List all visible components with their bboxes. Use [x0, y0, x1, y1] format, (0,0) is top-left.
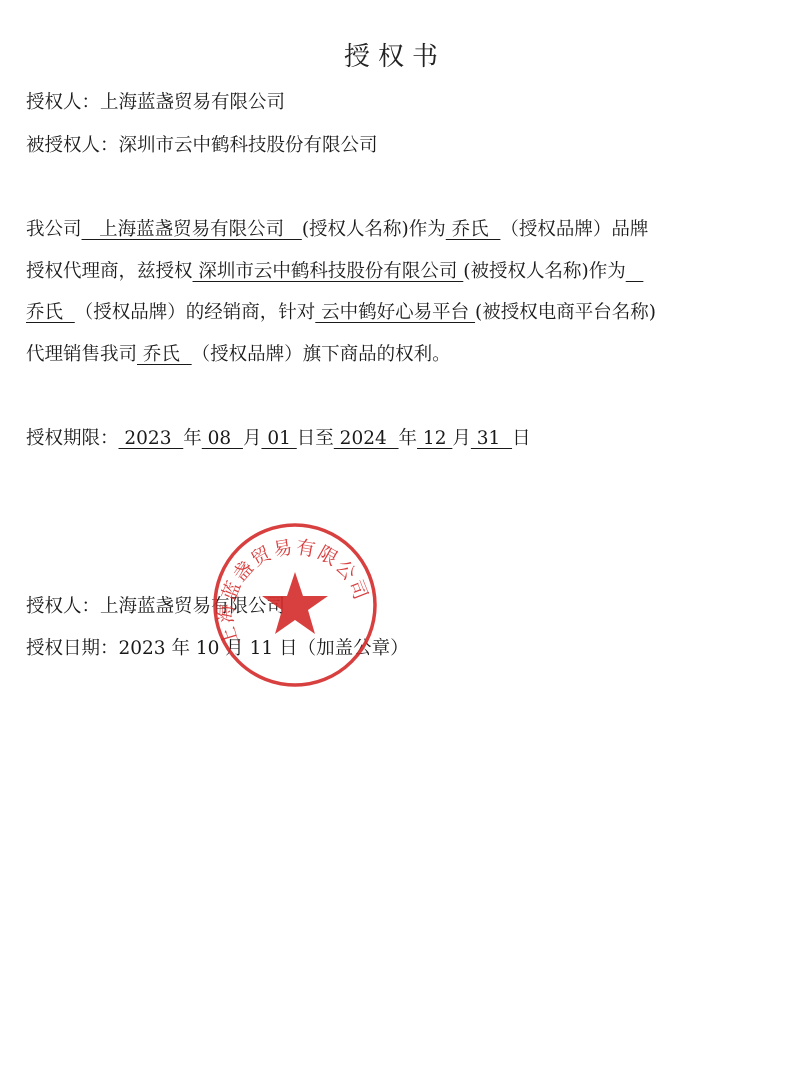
grantee-line: 被授权人：深圳市云中鹤科技股份有限公司 — [26, 134, 378, 158]
body-line-1: 我公司 上海蓝盏贸易有限公司 (授权人名称)作为 乔氏 （授权品牌）品牌 — [26, 218, 648, 242]
grantor-name: 上海蓝盏贸易有限公司 — [100, 92, 285, 113]
body-text: (授权人名称)作为 — [302, 219, 446, 240]
body-line-2: 授权代理商，兹授权 深圳市云中鹤科技股份有限公司 (被授权人名称)作为 — [26, 260, 643, 284]
signature-date: 授权日期：2023 年 10 月 11 日（加盖公章） — [26, 638, 409, 659]
unit-text: 月 — [243, 428, 262, 449]
end-year: 2024 — [334, 428, 399, 449]
end-day: 31 — [471, 428, 512, 449]
grantor-label: 授权人： — [26, 92, 100, 113]
body-text: （授权品牌）旗下商品的权利。 — [192, 344, 451, 365]
body-line-3: 乔氏 （授权品牌）的经销商，针对 云中鹤好心易平台 (被授权电商平台名称) — [26, 301, 656, 325]
grantor-line: 授权人：上海蓝盏贸易有限公司 — [26, 91, 285, 115]
period-label: 授权期限： — [26, 428, 119, 449]
body-line-4: 代理销售我司 乔氏 （授权品牌）旗下商品的权利。 — [26, 343, 451, 367]
grantee-name: 深圳市云中鹤科技股份有限公司 — [119, 135, 378, 156]
body-text: 我公司 — [26, 219, 82, 240]
brand-field: 乔氏 — [137, 344, 192, 365]
svg-text:上海蓝盏贸易有限公司: 上海蓝盏贸易有限公司 — [216, 536, 373, 648]
end-month: 12 — [417, 428, 452, 449]
body-text: （授权品牌）的经销商，针对 — [75, 302, 316, 323]
signature-label: 授权人： — [26, 596, 100, 617]
grantee-label: 被授权人： — [26, 135, 119, 156]
body-text: （授权品牌）品牌 — [500, 219, 648, 240]
period-line: 授权期限： 2023 年 08 月 01 日至 2024 年 12 月 31 日 — [26, 427, 531, 451]
grantor-field: 上海蓝盏贸易有限公司 — [82, 219, 302, 240]
start-day: 01 — [261, 428, 296, 449]
body-text: 授权代理商，兹授权 — [26, 261, 193, 282]
unit-text: 年 — [399, 428, 418, 449]
brand-field: 乔氏 — [26, 302, 75, 323]
signature-grantor-line: 授权人：上海蓝盏贸易有限公司 — [26, 595, 285, 619]
start-year: 2023 — [119, 428, 184, 449]
body-text: 代理销售我司 — [26, 344, 137, 365]
unit-text: 年 — [183, 428, 202, 449]
unit-text: 日至 — [297, 428, 334, 449]
grantee-field: 深圳市云中鹤科技股份有限公司 — [193, 261, 464, 282]
unit-text: 月 — [452, 428, 471, 449]
platform-field: 云中鹤好心易平台 — [315, 302, 475, 323]
brand-field: 乔氏 — [446, 219, 501, 240]
brand-blank-field — [626, 261, 644, 282]
signature-date-line: 授权日期：2023 年 10 月 11 日（加盖公章） — [26, 637, 409, 661]
body-text: (被授权电商平台名称) — [475, 302, 656, 323]
document-title: 授权书 — [0, 36, 790, 73]
signature-name: 上海蓝盏贸易有限公司 — [100, 596, 285, 617]
start-month: 08 — [202, 428, 243, 449]
body-text: (被授权人名称)作为 — [463, 261, 625, 282]
unit-text: 日 — [512, 428, 531, 449]
